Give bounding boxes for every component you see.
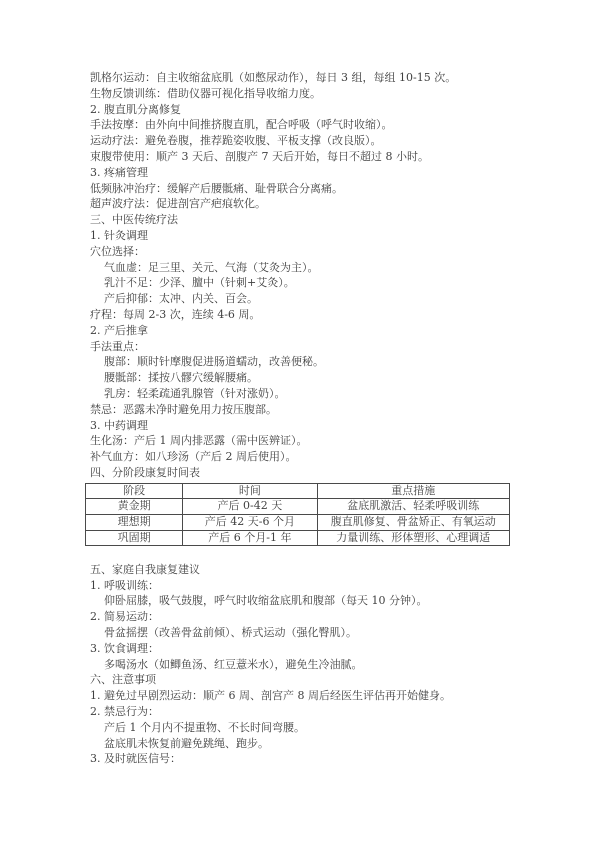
doc-line: 手法重点： (90, 339, 520, 355)
doc-line: 乳汁不足：少泽、膻中（针刺+艾灸）。 (90, 275, 520, 291)
table-row: 巩固期产后 6 个月-1 年力量训练、形体塑形、心理调适 (86, 530, 510, 546)
table-cell: 巩固期 (86, 530, 183, 546)
doc-line: 3. 中药调理 (90, 418, 520, 434)
section-text-before-table: 凯格尔运动：自主收缩盆底肌（如憋尿动作），每日 3 组，每组 10-15 次。生… (90, 70, 520, 481)
doc-line: 2. 腹直肌分离修复 (90, 102, 520, 118)
table-row: 黄金期产后 0-42 天盆底肌激活、轻柔呼吸训练 (86, 499, 510, 515)
doc-line: 2. 简易运动： (90, 609, 520, 625)
doc-line: 乳房：轻柔疏通乳腺管（针对涨奶）。 (90, 386, 520, 402)
doc-line: 产后抑郁：太冲、内关、百会。 (90, 291, 520, 307)
table-cell: 理想期 (86, 514, 183, 530)
doc-line: 1. 针灸调理 (90, 228, 520, 244)
doc-line: 生化汤：产后 1 周内排恶露（需中医辨证）。 (90, 433, 520, 449)
table-cell: 力量训练、形体塑形、心理调适 (317, 530, 509, 546)
doc-line: 束腹带使用：顺产 3 天后、剖腹产 7 天后开始，每日不超过 8 小时。 (90, 149, 520, 165)
document-body: 凯格尔运动：自主收缩盆底肌（如憋尿动作），每日 3 组，每组 10-15 次。生… (90, 70, 520, 767)
document-page: 凯格尔运动：自主收缩盆底肌（如憋尿动作），每日 3 组，每组 10-15 次。生… (0, 0, 595, 841)
doc-line: 2. 禁忌行为： (90, 704, 520, 720)
doc-line: 2. 产后推拿 (90, 323, 520, 339)
doc-line: 疗程：每周 2-3 次，连续 4-6 周。 (90, 307, 520, 323)
doc-line: 气血虚：足三里、关元、气海（艾灸为主）。 (90, 260, 520, 276)
doc-line: 禁忌：恶露未净时避免用力按压腹部。 (90, 402, 520, 418)
table-cell: 产后 42 天-6 个月 (183, 514, 317, 530)
table-cell: 产后 0-42 天 (183, 499, 317, 515)
doc-line: 凯格尔运动：自主收缩盆底肌（如憋尿动作），每日 3 组，每组 10-15 次。 (90, 70, 520, 86)
doc-line: 五、家庭自我康复建议 (90, 562, 520, 578)
doc-line: 骨盆摇摆（改善骨盆前倾）、桥式运动（强化臀肌）。 (90, 625, 520, 641)
table-cell: 腹直肌修复、骨盆矫正、有氧运动 (317, 514, 509, 530)
doc-line: 多喝汤水（如鲫鱼汤、红豆薏米水），避免生冷油腻。 (90, 657, 520, 673)
doc-line: 运动疗法：避免卷腹，推荐跪姿收腹、平板支撑（改良版）。 (90, 133, 520, 149)
table-header-row: 阶段时间重点措施 (86, 483, 510, 499)
doc-line: 1. 呼吸训练： (90, 578, 520, 594)
table-cell: 黄金期 (86, 499, 183, 515)
doc-line: 四、分阶段康复时间表 (90, 465, 520, 481)
doc-line: 1. 避免过早剧烈运动：顺产 6 周、剖宫产 8 周后经医生评估再开始健身。 (90, 688, 520, 704)
doc-line: 超声波疗法：促进剖宫产疤痕软化。 (90, 196, 520, 212)
doc-line: 3. 及时就医信号： (90, 751, 520, 767)
doc-line: 腰骶部：揉按八髎穴缓解腰痛。 (90, 370, 520, 386)
doc-line: 仰卧屈膝，吸气鼓腹，呼气时收缩盆底肌和腹部（每天 10 分钟）。 (90, 593, 520, 609)
table-row: 理想期产后 42 天-6 个月腹直肌修复、骨盆矫正、有氧运动 (86, 514, 510, 530)
table-body: 黄金期产后 0-42 天盆底肌激活、轻柔呼吸训练理想期产后 42 天-6 个月腹… (86, 499, 510, 546)
table-header-cell: 重点措施 (317, 483, 509, 499)
doc-line: 生物反馈训练：借助仪器可视化指导收缩力度。 (90, 86, 520, 102)
rehab-schedule-table: 阶段时间重点措施 黄金期产后 0-42 天盆底肌激活、轻柔呼吸训练理想期产后 4… (85, 483, 510, 546)
doc-line: 低频脉冲治疗：缓解产后腰骶痛、耻骨联合分离痛。 (90, 181, 520, 197)
table-cell: 产后 6 个月-1 年 (183, 530, 317, 546)
paragraph-spacer (90, 546, 520, 562)
doc-line: 盆底肌未恢复前避免跳绳、跑步。 (90, 736, 520, 752)
doc-line: 手法按摩：由外向中间推挤腹直肌，配合呼吸（呼气时收缩）。 (90, 117, 520, 133)
doc-line: 补气血方：如八珍汤（产后 2 周后使用）。 (90, 449, 520, 465)
table-header-cell: 阶段 (86, 483, 183, 499)
table-header-cell: 时间 (183, 483, 317, 499)
doc-line: 三、中医传统疗法 (90, 212, 520, 228)
doc-line: 3. 饮食调理： (90, 641, 520, 657)
doc-line: 六、注意事项 (90, 672, 520, 688)
doc-line: 穴位选择： (90, 244, 520, 260)
section-text-after-table: 五、家庭自我康复建议1. 呼吸训练：仰卧屈膝，吸气鼓腹，呼气时收缩盆底肌和腹部（… (90, 562, 520, 767)
table-cell: 盆底肌激活、轻柔呼吸训练 (317, 499, 509, 515)
doc-line: 产后 1 个月内不提重物、不长时间弯腰。 (90, 720, 520, 736)
doc-line: 腹部：顺时针摩腹促进肠道蠕动，改善便秘。 (90, 354, 520, 370)
doc-line: 3. 疼痛管理 (90, 165, 520, 181)
